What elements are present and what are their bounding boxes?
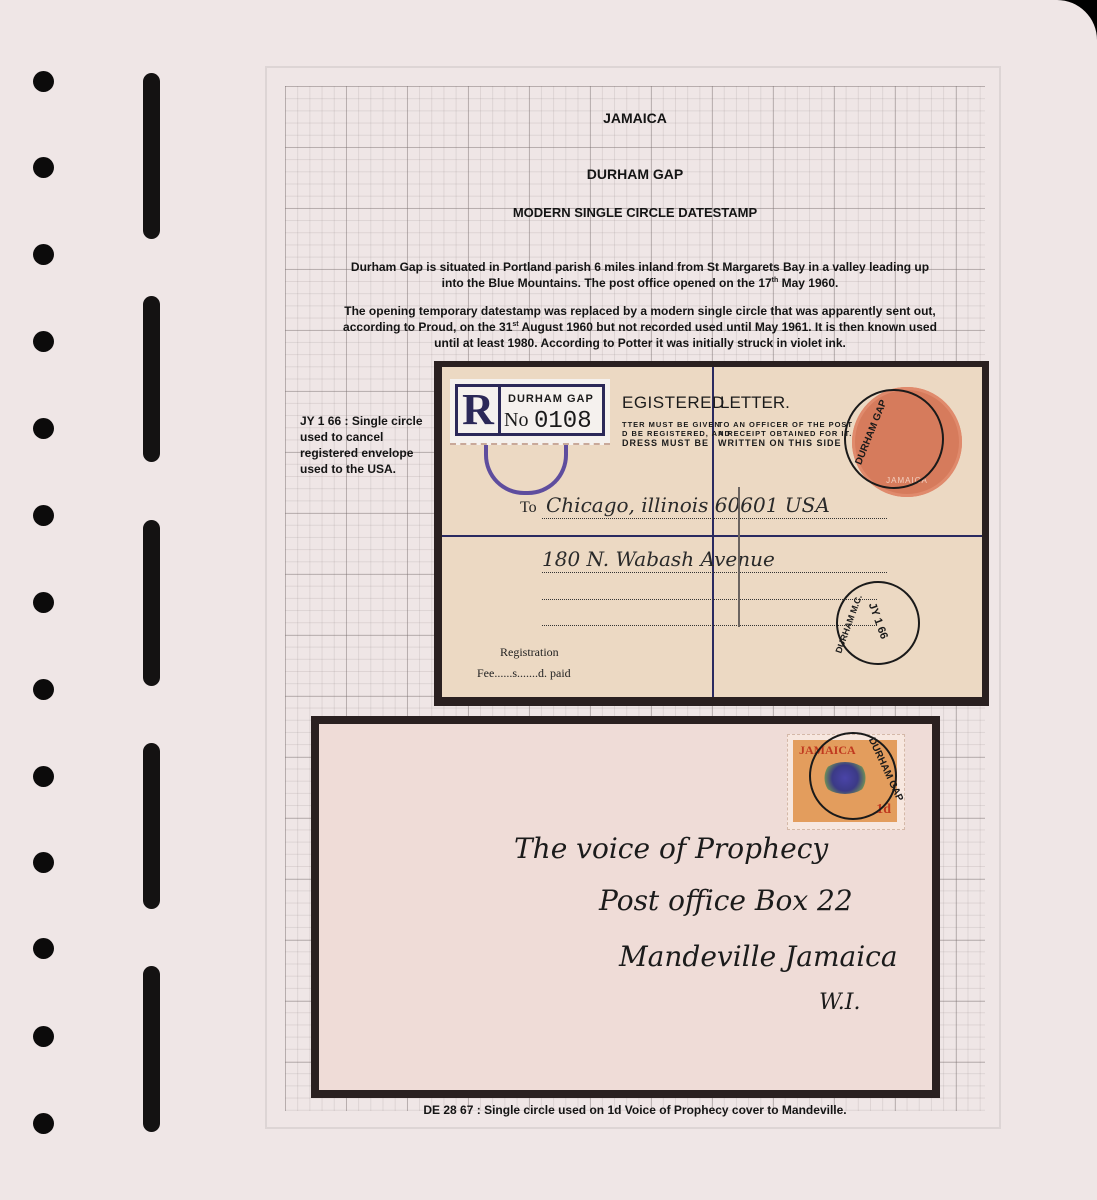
address-line-1: Chicago, illinois 60601 USA (546, 493, 830, 517)
datestamp-paragraph: The opening temporary datestamp was repl… (305, 303, 975, 351)
binder-hole (33, 852, 54, 873)
intro-paragraph: Durham Gap is situated in Portland paris… (305, 259, 975, 291)
registration-number: 0108 (534, 408, 592, 435)
registration-cross-vertical (712, 367, 714, 697)
binder-hole (33, 505, 54, 526)
binder-slot (143, 743, 160, 909)
page-subtitle: DURHAM GAP (285, 166, 985, 182)
registration-label-text: Registration (500, 645, 559, 660)
fee-label: Fee......s.......d. paid (477, 666, 571, 681)
binder-slot (143, 73, 160, 239)
binder-hole (33, 331, 54, 352)
pencil-stroke (738, 487, 740, 627)
page-title: JAMAICA (285, 110, 985, 126)
binder-hole (33, 244, 54, 265)
binder-hole (33, 766, 54, 787)
binder-slot (143, 966, 160, 1132)
address-line-1: The voice of Prophecy (514, 832, 828, 865)
album-page: JAMAICA DURHAM GAP MODERN SINGLE CIRCLE … (0, 0, 1097, 1200)
binder-hole (33, 938, 54, 959)
binder-hole (33, 679, 54, 700)
registered-envelope: R DURHAM GAP No 0108 EGISTERED LETTER. T… (442, 367, 982, 697)
prophecy-cover: JAMAICA 1d DURHAM GAP The voice of Proph… (319, 724, 932, 1090)
postmark-durham-gap (844, 389, 944, 489)
registration-label: R DURHAM GAP No 0108 (450, 379, 610, 445)
binder-hole (33, 71, 54, 92)
binder-hole (33, 157, 54, 178)
registration-r: R (458, 387, 501, 433)
item1-caption: JY 1 66 : Single circle used to cancel r… (300, 413, 430, 477)
envelope-heading-right: LETTER. (720, 393, 790, 413)
to-label: To (520, 499, 537, 517)
binder-slot (143, 520, 160, 686)
binder-hole (33, 418, 54, 439)
binder-hole (33, 1026, 54, 1047)
section-heading: MODERN SINGLE CIRCLE DATESTAMP (285, 205, 985, 220)
binder-hole (33, 1113, 54, 1134)
registration-office: DURHAM GAP (508, 393, 594, 405)
envelope-heading-left: EGISTERED (622, 393, 725, 413)
binder-slot (143, 296, 160, 462)
item2-caption: DE 28 67 : Single circle used on 1d Voic… (285, 1103, 985, 1117)
address-line-3: Mandeville Jamaica (619, 940, 898, 973)
address-line-4: W.I. (819, 990, 860, 1015)
binder-hole (33, 592, 54, 613)
address-line-2: Post office Box 22 (599, 884, 853, 917)
